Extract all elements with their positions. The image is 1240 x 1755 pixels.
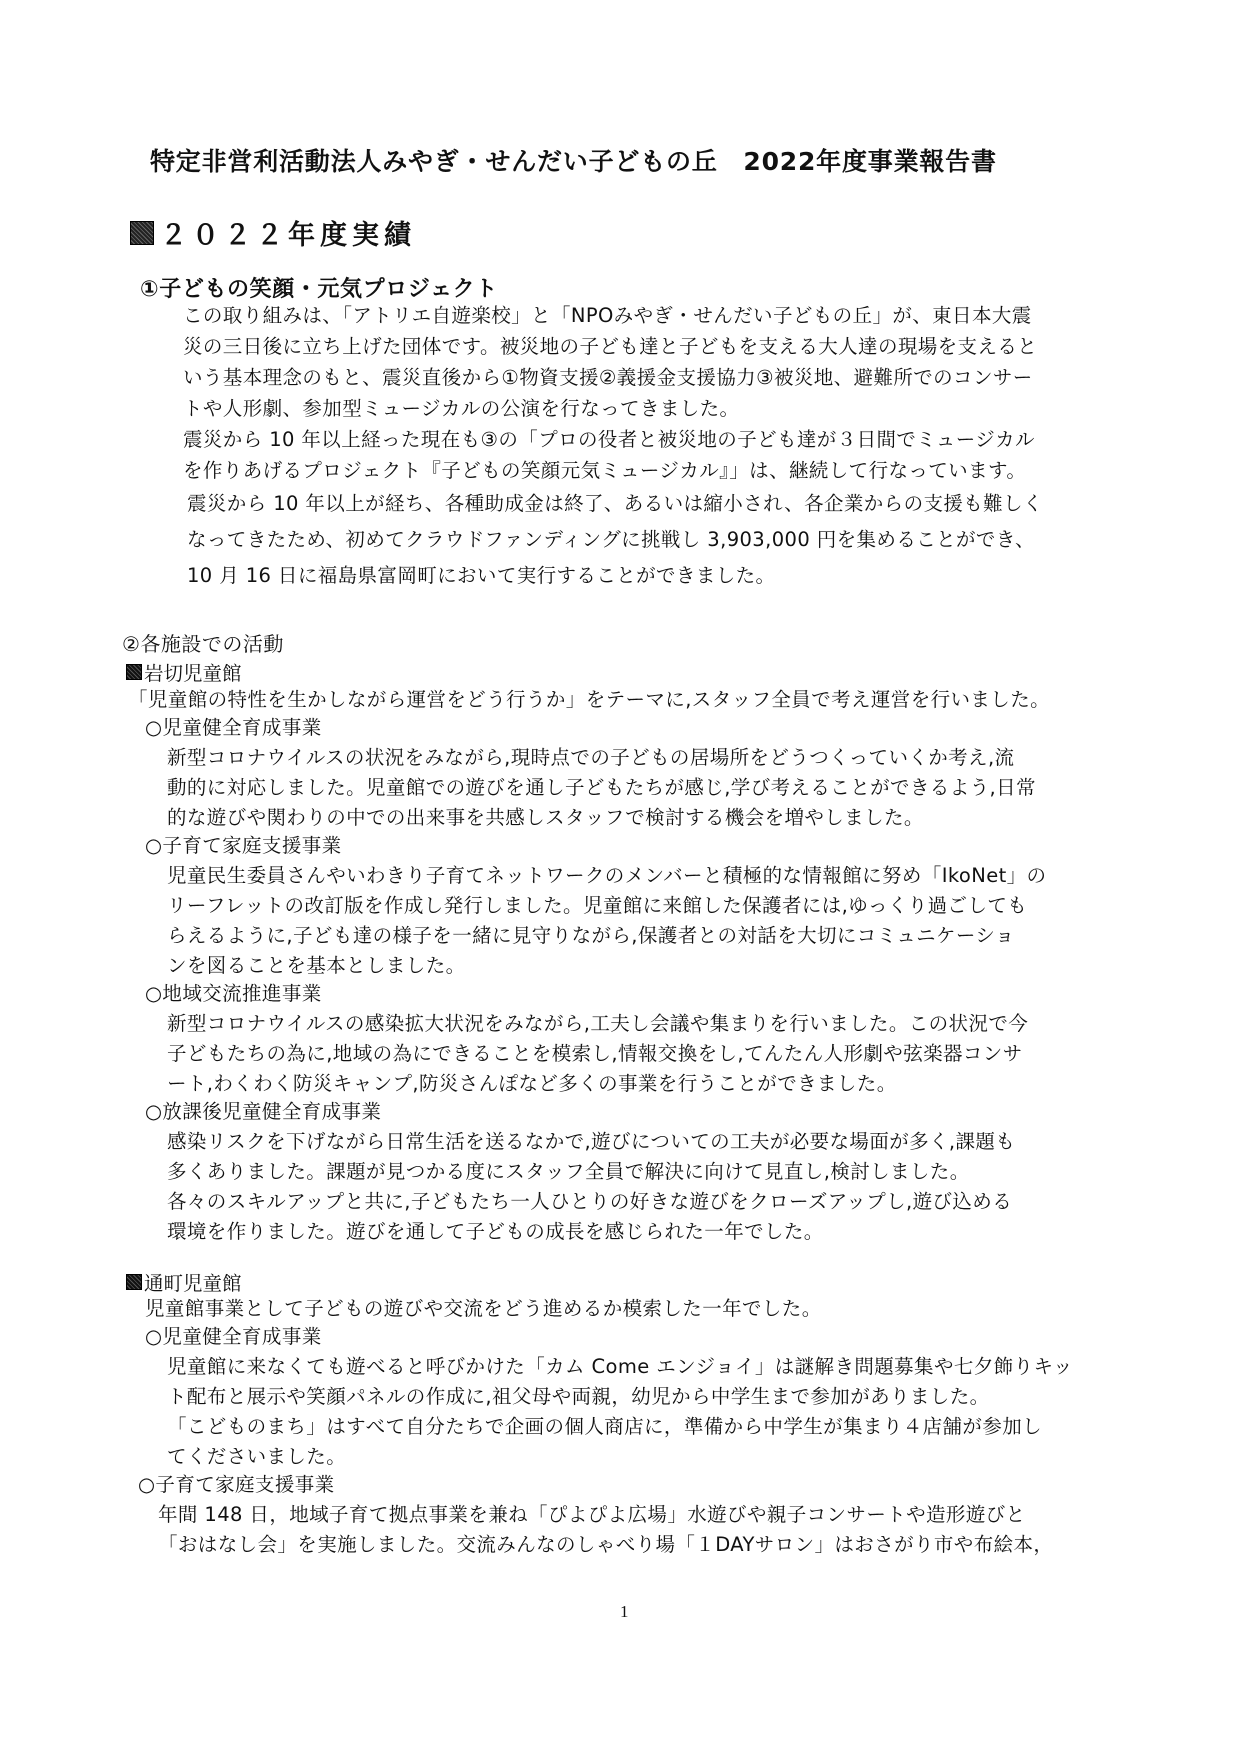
document-title: 特定非営利活動法人みやぎ・せんだい子どもの丘 2022年度事業報告書 [150,142,997,178]
program-heading: ○子育て家庭支援事業 [138,1473,335,1497]
paragraph-line: 震災から 10 年以上経った現在も③の「プロの役者と被災地の子ども達が３日間でミ… [183,428,1035,452]
paragraph-line: 年間 148 日，地域子育て拠点事業を兼ね「ぴよぴよ広場」水遊びや親子コンサート… [158,1503,1026,1527]
paragraph-line: 多くありました。課題が見つかる度にスタッフ全員で解決に向けて見直し,検討しました… [167,1160,970,1184]
paragraph-line: ト配布と展示や笑顔パネルの作成に,祖父母や両親，幼児から中学生まで参加がありまし… [167,1385,990,1409]
paragraph-line: 児童館に来なくても遊べると呼びかけた「カム Come エンジョイ」は謎解き問題募… [167,1355,1073,1379]
paragraph-line: 災の三日後に立ち上げた団体です。被災地の子ども達と子どもを支える大人達の現場を支… [183,335,1037,359]
paragraph-line: を作りあげるプロジェクト『子どもの笑顔元気ミュージカル』」は、継続して行なってい… [183,459,1026,483]
facility-intro: 「児童館の特性を生かしながら運営をどう行うか」をテーマに,スタッフ全員で考え運営… [128,688,1050,712]
paragraph-line: この取り組みは、「アトリエ自遊楽校」と「NPOみやぎ・せんだい子どもの丘」が、東… [183,304,1032,328]
paragraph-line: 10 月 16 日に福島県富岡町において実行することができました。 [187,564,775,588]
project2-heading: ②各施設での活動 [122,628,284,657]
paragraph-line: らえるように,子ども達の様子を一緒に見守りながら,保護者との対話を大切にコミュニ… [167,924,1015,948]
paragraph-line: 各々のスキルアップと共に,子どもたち一人ひとりの好きな遊びをクローズアップし,遊… [167,1190,1012,1214]
facility-name: 岩切児童館 [144,658,242,686]
facility-heading-iwakiri: 岩切児童館 [126,658,242,686]
square-bullet-icon [126,1274,142,1290]
paragraph-line: 「こどものまち」はすべて自分たちで企画の個人商店に，準備から中学生が集まり４店舗… [167,1415,1042,1439]
paragraph-line: なってきたため、初めてクラウドファンディングに挑戦し 3,903,000 円を集… [187,528,1035,552]
paragraph-line: トや人形劇、参加型ミュージカルの公演を行なってきました。 [183,397,739,421]
paragraph-line: 新型コロナウイルスの状況をみながら,現時点での子どもの居場所をどうつくっていくか… [167,746,1014,770]
paragraph-line: リーフレットの改訂版を作成し発行しました。児童館に来館した保護者には,ゆっくり過… [167,894,1027,918]
facility-intro: 児童館事業として子どもの遊びや交流をどう進めるか模索した一年でした。 [145,1297,822,1321]
section-heading-text: ２０２２年度実績 [160,213,416,252]
paragraph-line: てくださいました。 [167,1445,346,1469]
paragraph-line: 「おはなし会」を実施しました。交流みんなのしゃべり場「１DAYサロン」はおさがり… [158,1533,1053,1557]
document-page: 特定非営利活動法人みやぎ・せんだい子どもの丘 2022年度事業報告書 ２０２２年… [0,0,1240,1755]
program-heading: ○児童健全育成事業 [145,716,322,740]
square-bullet-icon [130,221,154,245]
paragraph-line: 環境を作りました。遊びを通して子どもの成長を感じられた一年でした。 [167,1220,824,1244]
paragraph-line: いう基本理念のもと、震災直後から①物資支援②義援金支援協力③被災地、避難所でのコ… [183,366,1033,390]
paragraph-line: 的な遊びや関わりの中での出来事を共感しスタッフで検討する機会を増やしました。 [167,806,924,830]
section-heading: ２０２２年度実績 [130,213,416,252]
project1-heading: ①子どもの笑顔・元気プロジェクト [140,272,498,303]
program-heading: ○子育て家庭支援事業 [145,834,342,858]
facility-name: 通町児童館 [144,1268,242,1296]
page-number: 1 [620,1602,629,1622]
program-heading: ○地域交流推進事業 [145,982,322,1006]
paragraph-line: 感染リスクを下げながら日常生活を送るなかで,遊びについての工夫が必要な場面が多く… [167,1130,1015,1154]
facility-heading-toorimachi: 通町児童館 [126,1268,242,1296]
paragraph-line: 震災から 10 年以上が経ち、各種助成金は終了、あるいは縮小され、各企業からの支… [187,492,1043,516]
paragraph-line: 新型コロナウイルスの感染拡大状況をみながら,工夫し会議や集まりを行いました。この… [167,1012,1028,1036]
paragraph-line: 動的に対応しました。児童館での遊びを通し子どもたちが感じ,学び考えることができる… [167,776,1036,800]
paragraph-line: ート,わくわく防災キャンプ,防災さんぽなど多くの事業を行うことができました。 [167,1072,897,1096]
program-heading: ○児童健全育成事業 [145,1325,322,1349]
paragraph-line: 児童民生委員さんやいわきり子育てネットワークのメンバーと積極的な情報館に努め「I… [167,864,1046,888]
square-bullet-icon [126,664,142,680]
paragraph-line: ンを図ることを基本としました。 [167,954,466,978]
paragraph-line: 子どもたちの為に,地域の為にできることを模索し,情報交換をし,てんたん人形劇や弦… [167,1042,1023,1066]
program-heading: ○放課後児童健全育成事業 [145,1100,381,1124]
